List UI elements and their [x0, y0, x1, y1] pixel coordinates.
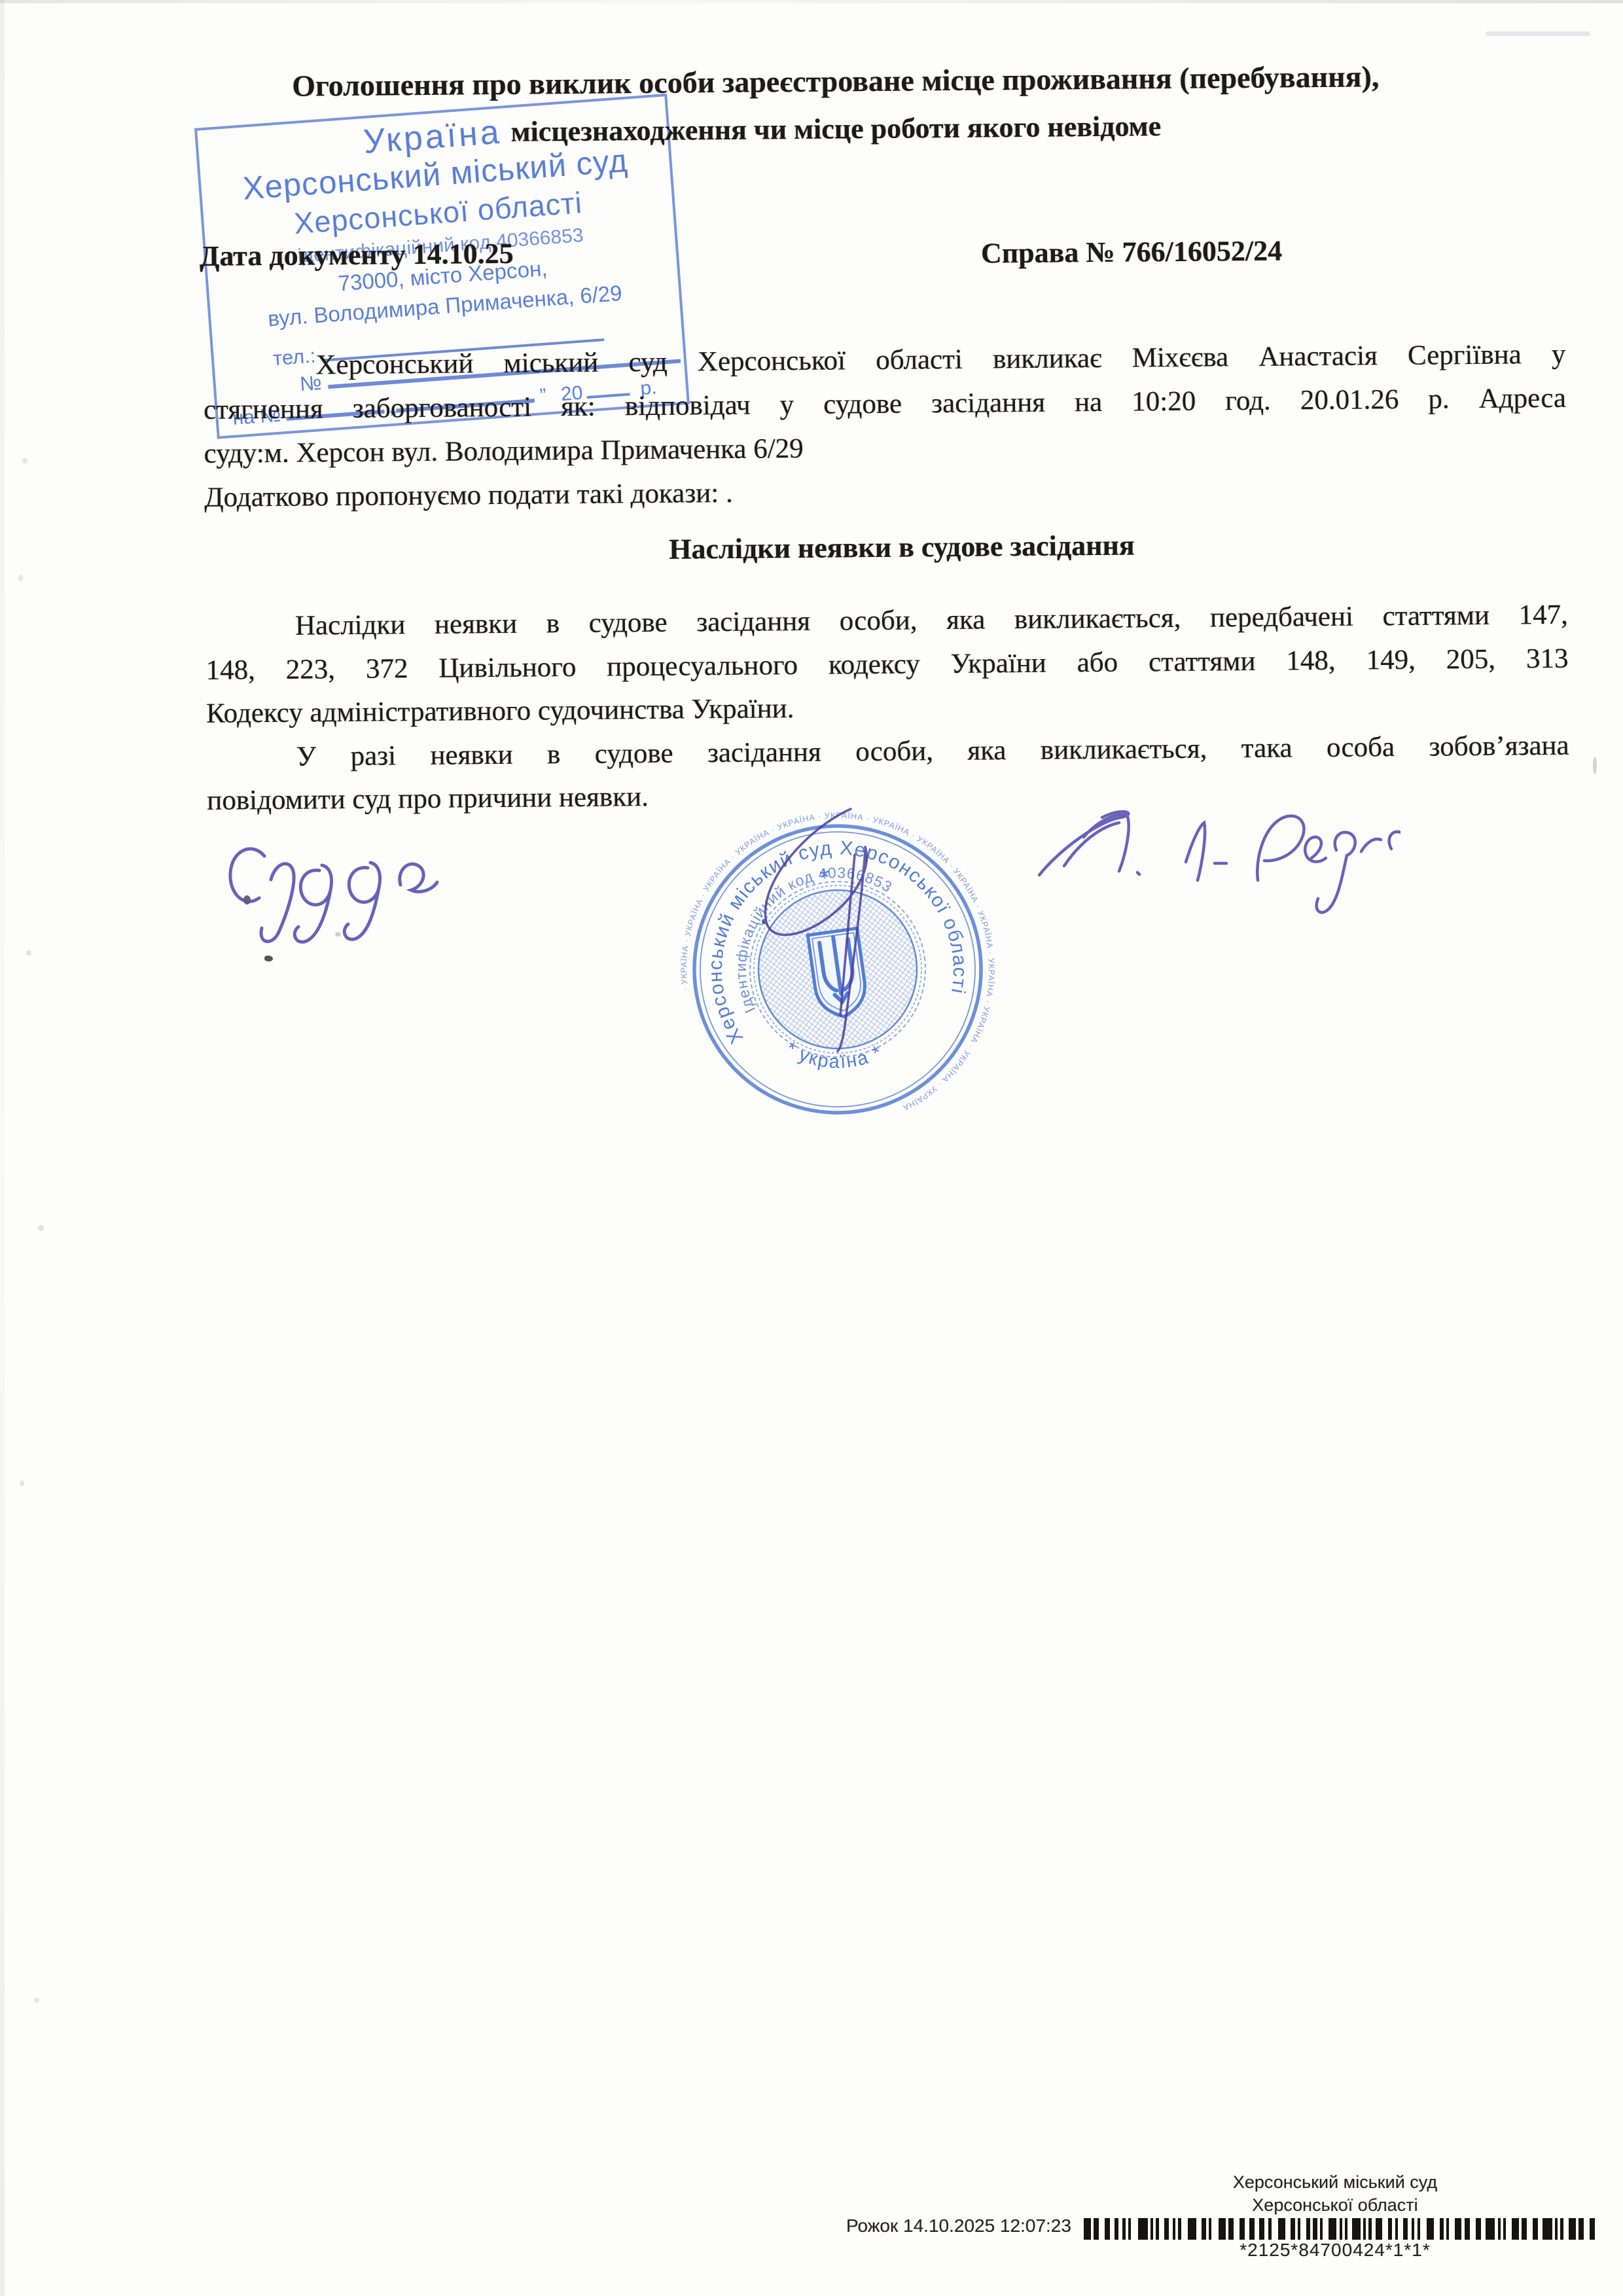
barcode-gap: [1323, 2218, 1329, 2240]
footer-scan-info: Рожок 14.10.2025 12:07:23: [846, 2217, 1071, 2235]
barcode-gap: [1595, 2218, 1599, 2240]
barcode-gap: [1584, 2218, 1590, 2240]
barcode-bar: [1486, 2218, 1495, 2240]
body-p3-line1: Наслідки неявки в судове засідання особи…: [205, 601, 1568, 641]
barcode-bar: [1188, 2218, 1196, 2240]
case-number: Справа № 766/16052/24: [981, 234, 1282, 270]
barcode-gap: [1285, 2218, 1291, 2240]
barcode-gap: [1196, 2218, 1202, 2240]
pen-stroke-ink: [720, 800, 923, 1081]
body-p1-line1: Херсонський міський суд Херсонської обла…: [203, 340, 1565, 380]
barcode-gap: [1506, 2218, 1512, 2240]
barcode-bar: [1228, 2218, 1234, 2240]
barcode-bar: [1476, 2218, 1482, 2240]
body-p2: Додатково пропонуємо подати такі докази:…: [204, 472, 1567, 512]
barcode-bar: [1249, 2218, 1255, 2240]
body-p3-line3: Кодексу адміністративного судочинства Ук…: [206, 688, 1569, 728]
barcode: [1084, 2218, 1599, 2240]
barcode-gap: [1382, 2218, 1388, 2240]
barcode-gap: [1449, 2218, 1455, 2240]
judge-word-ink: [216, 833, 438, 957]
barcode-gap: [1563, 2218, 1569, 2240]
judge-signature-ink: [1021, 795, 1400, 926]
document-date: Дата документу 14.10.25: [200, 237, 514, 273]
scanned-court-document: Україна Херсонський міський суд Херсонсь…: [0, 0, 1623, 2296]
barcode-gap: [1300, 2218, 1306, 2240]
barcode-bar: [1094, 2218, 1099, 2240]
barcode-bar: [1278, 2218, 1285, 2240]
footer-court-line1: Херсонський міський суд: [1048, 2174, 1622, 2191]
barcode-bar: [1522, 2218, 1527, 2240]
judge-word-handwriting: [216, 833, 438, 957]
barcode-gap: [1131, 2218, 1138, 2240]
barcode-gap: [1470, 2218, 1476, 2240]
document-title-line1: Оголошення про виклик особи зареєстрован…: [50, 60, 1621, 103]
footer-court-line2: Херсонської області: [1048, 2197, 1622, 2214]
barcode-gap: [1159, 2218, 1165, 2240]
barcode-bar: [1590, 2218, 1596, 2240]
pen-stroke-over-seal: [720, 800, 923, 1081]
barcode-gap: [1234, 2218, 1240, 2240]
document-title-line2: місцезнаходження чи місце роботи якого н…: [50, 108, 1621, 151]
barcode-gap: [1272, 2218, 1279, 2240]
barcode-bar: [1329, 2218, 1337, 2240]
barcode-bar: [1138, 2218, 1148, 2240]
body-p4-line1: У разі неявки в судове засідання особи, …: [207, 732, 1569, 772]
barcode-bar: [1219, 2218, 1226, 2240]
barcode-bar: [1376, 2218, 1383, 2240]
barcode-bar: [1578, 2218, 1584, 2240]
judge-signature: [1021, 795, 1400, 926]
barcode-bar: [1569, 2218, 1576, 2240]
barcode-bar: [1512, 2218, 1519, 2240]
barcode-gap: [1398, 2218, 1404, 2240]
barcode-bar: [1105, 2218, 1111, 2240]
barcode-gap: [1420, 2218, 1427, 2240]
barcode-gap: [1434, 2218, 1440, 2240]
body-p1-line3: суду:м. Херсон вул. Володимира Примаченк…: [204, 428, 1567, 468]
barcode-bar: [1240, 2218, 1245, 2240]
body-p1-line2: стягнення заборгованості як: відповідач …: [204, 384, 1566, 424]
barcode-bar: [1543, 2218, 1552, 2240]
barcode-bar: [1455, 2218, 1462, 2240]
barcode-bar: [1427, 2218, 1434, 2240]
printed-text-layer: Оголошення про виклик особи зареєстрован…: [0, 0, 1623, 2296]
barcode-bar: [1533, 2218, 1539, 2240]
barcode-bar: [1259, 2218, 1265, 2240]
barcode-bar: [1352, 2218, 1361, 2240]
section-heading: Наслідки неявки в судове засідання: [205, 524, 1599, 570]
body-p3-line2: 148, 223, 372 Цивільного процесуального …: [205, 645, 1568, 685]
barcode-gap: [1181, 2218, 1188, 2240]
barcode-gap: [1211, 2218, 1219, 2240]
barcode-gap: [1527, 2218, 1533, 2240]
barcode-bar: [1084, 2218, 1091, 2240]
barcode-text: *2125*84700424*1*1*: [1048, 2241, 1622, 2259]
barcode-gap: [1099, 2218, 1105, 2240]
barcode-bar: [1465, 2218, 1471, 2240]
